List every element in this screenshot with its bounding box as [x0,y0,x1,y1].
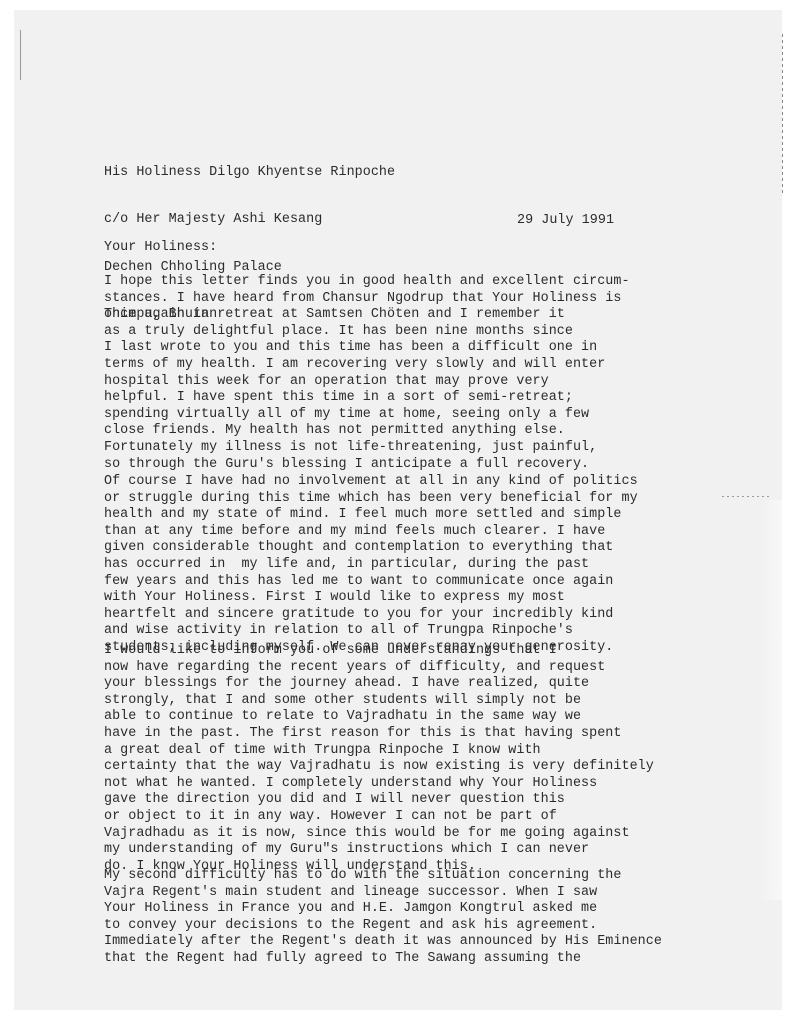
text-line: Of course I have had no involvement at a… [104,474,638,491]
text-line: and wise activity in relation to all of … [104,623,638,640]
salutation: Your Holiness: [104,240,217,257]
text-line: that the Regent had fully agreed to The … [104,951,662,968]
text-line: My second difficulty has to do with the … [104,868,662,885]
text-line: stances. I have heard from Chansur Ngodr… [104,291,630,308]
text-line: Your Holiness in France you and H.E. Jam… [104,901,662,918]
text-line: or struggle during this time which has b… [104,491,638,508]
letter-date: 29 July 1991 [517,213,614,230]
text-line: strongly, that I and some other students… [104,693,654,710]
text-line: a great deal of time with Trungpa Rinpoc… [104,743,654,760]
scan-edge-mark [782,34,783,194]
scan-edge-mark [20,30,21,80]
text-line: spending virtually all of my time at hom… [104,407,630,424]
text-line: than at any time before and my mind feel… [104,524,638,541]
scan-shading [760,500,782,900]
text-line: close friends. My health has not permitt… [104,423,630,440]
text-line: once again in retreat at Samtsen Chöten … [104,307,630,324]
text-line: as a truly delightful place. It has been… [104,324,630,341]
text-line: heartfelt and sincere gratitude to you f… [104,607,638,624]
text-line: hospital this week for an operation that… [104,374,630,391]
text-line: so through the Guru's blessing I anticip… [104,457,630,474]
text-line: certainty that the way Vajradhatu is now… [104,759,654,776]
address-line: c/o Her Majesty Ashi Kesang [104,211,395,228]
text-line: with Your Holiness. First I would like t… [104,590,638,607]
text-line: able to continue to relate to Vajradhatu… [104,709,654,726]
text-line: I would like to inform you of some under… [104,643,654,660]
text-line: Immediately after the Regent's death it … [104,934,662,951]
text-line: Vajradhadu as it is now, since this woul… [104,826,654,843]
text-line: I hope this letter finds you in good hea… [104,274,630,291]
text-line: not what he wanted. I completely underst… [104,776,654,793]
text-line: gave the direction you did and I will ne… [104,792,654,809]
address-line: His Holiness Dilgo Khyentse Rinpoche [104,164,395,181]
scan-artifact [722,496,772,497]
paragraph-4: My second difficulty has to do with the … [104,868,662,968]
text-line: Vajra Regent's main student and lineage … [104,885,662,902]
text-line: health and my state of mind. I feel much… [104,507,638,524]
text-line: now have regarding the recent years of d… [104,660,654,677]
text-line: few years and this has led me to want to… [104,574,638,591]
text-line: helpful. I have spent this time in a sor… [104,390,630,407]
text-line: terms of my health. I am recovering very… [104,357,630,374]
paragraph-3: I would like to inform you of some under… [104,643,654,875]
text-line: your blessings for the journey ahead. I … [104,676,654,693]
text-line: Fortunately my illness is not life-threa… [104,440,630,457]
text-line: my understanding of my Guru"s instructio… [104,842,654,859]
text-line: I last wrote to you and this time has be… [104,340,630,357]
text-line: have in the past. The first reason for t… [104,726,654,743]
text-line: or object to it in any way. However I ca… [104,809,654,826]
paragraph-2: Of course I have had no involvement at a… [104,474,638,657]
text-line: has occurred in my life and, in particul… [104,557,638,574]
paragraph-1: I hope this letter finds you in good hea… [104,274,630,473]
text-line: to convey your decisions to the Regent a… [104,918,662,935]
text-line: given considerable thought and contempla… [104,540,638,557]
